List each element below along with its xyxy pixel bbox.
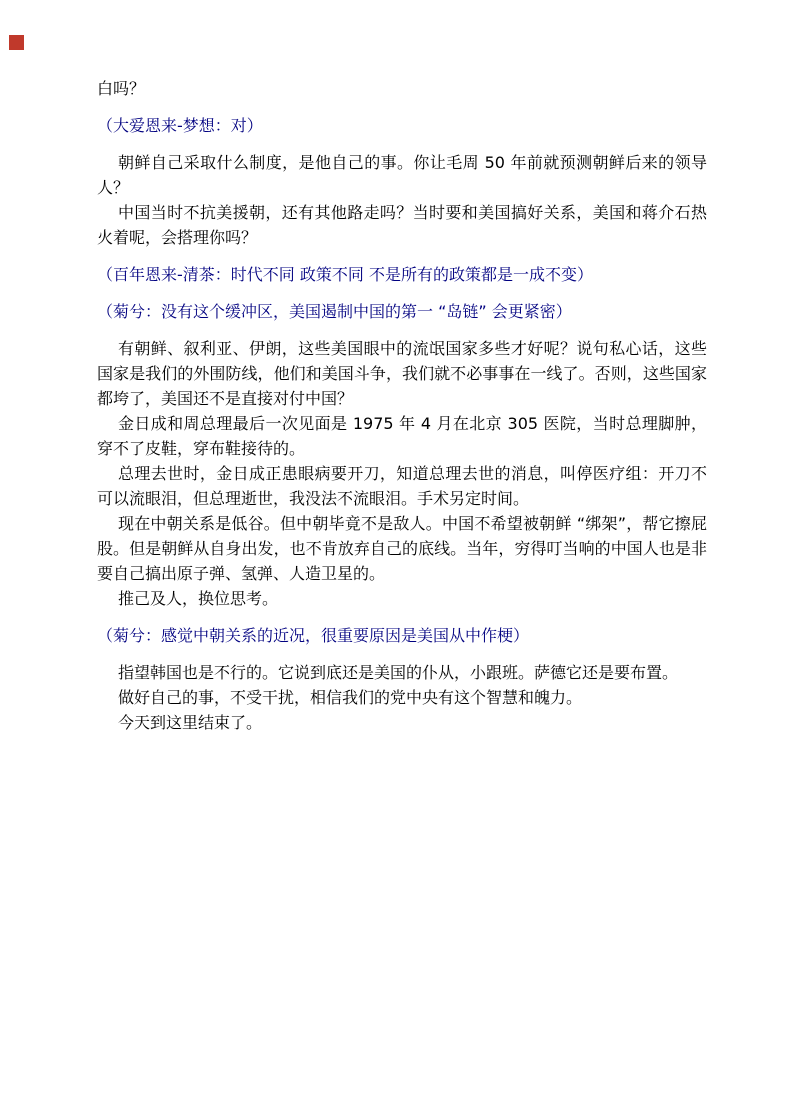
body-paragraph: 中国当时不抗美援朝，还有其他路走吗？当时要和美国搞好关系，美国和蒋介石热火着呢，… [97,200,707,250]
document-text: 白吗？（大爱恩来-梦想：对）朝鲜自己采取什么制度，是他自己的事。你让毛周 50 … [97,76,707,735]
comment-line: （菊兮：没有这个缓冲区，美国遏制中国的第一 “岛链” 会更紧密） [97,299,707,324]
document-page: 白吗？（大爱恩来-梦想：对）朝鲜自己采取什么制度，是他自己的事。你让毛周 50 … [0,0,800,1100]
body-paragraph: 指望韩国也是不行的。它说到底还是美国的仆从，小跟班。萨德它还是要布置。 [97,660,707,685]
body-paragraph: 白吗？ [97,76,707,101]
comment-line: （菊兮：感觉中朝关系的近况，很重要原因是美国从中作梗） [97,623,707,648]
body-paragraph: 总理去世时，金日成正患眼病要开刀，知道总理去世的消息，叫停医疗组：开刀不可以流眼… [97,461,707,511]
body-paragraph: 金日成和周总理最后一次见面是 1975 年 4 月在北京 305 医院，当时总理… [97,411,707,461]
body-paragraph: 有朝鲜、叙利亚、伊朗，这些美国眼中的流氓国家多些才好呢？说句私心话，这些国家是我… [97,336,707,411]
body-paragraph: 今天到这里结束了。 [97,710,707,735]
red-square-marker [9,35,24,50]
comment-line: （百年恩来-清茶：时代不同 政策不同 不是所有的政策都是一成不变） [97,262,707,287]
body-paragraph: 做好自己的事，不受干扰，相信我们的党中央有这个智慧和魄力。 [97,685,707,710]
body-paragraph: 推己及人，换位思考。 [97,586,707,611]
comment-line: （大爱恩来-梦想：对） [97,113,707,138]
body-paragraph: 现在中朝关系是低谷。但中朝毕竟不是敌人。中国不希望被朝鲜 “绑架”，帮它擦屁股。… [97,511,707,586]
body-paragraph: 朝鲜自己采取什么制度，是他自己的事。你让毛周 50 年前就预测朝鲜后来的领导人？ [97,150,707,200]
